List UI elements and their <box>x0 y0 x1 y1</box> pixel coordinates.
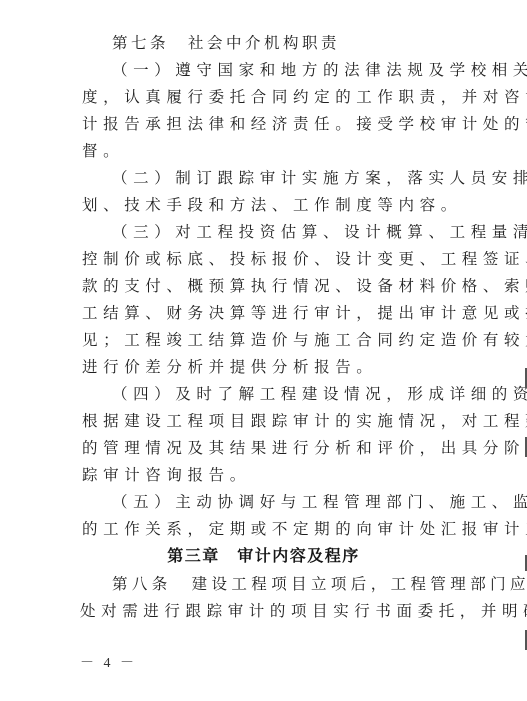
article-8-line: 第八条 建设工程项目立项后，工程管理部门应向审计 <box>112 574 527 594</box>
paragraph-3-line: 进行价差分析并提供分析报告。 <box>82 357 377 377</box>
paragraph-4-line: （四）及时了解工程建设情况，形成详细的资料记录， <box>112 384 527 404</box>
paragraph-3-line: （三）对工程投资估算、设计概算、工程量清单、招标 <box>112 222 527 242</box>
paragraph-5-line: 的工作关系，定期或不定期的向审计处汇报审计工作进展情 <box>82 519 527 539</box>
paragraph-3-line: 见；工程竣工结算造价与施工合同约定造价有较大价差时， <box>82 330 527 350</box>
paragraph-4-line: 根据建设工程项目跟踪审计的实施情况，对工程建设各阶段 <box>82 411 527 431</box>
document-page: 第七条 社会中介机构职责 （一）遵守国家和地方的法律法规及学校相关规章制 度，认… <box>0 0 527 701</box>
chapter-3-title: 第三章 审计内容及程序 <box>0 543 527 566</box>
paragraph-1-line: 度，认真履行委托合同约定的工作职责，并对咨询意见和审 <box>82 87 527 107</box>
paragraph-2-line: （二）制订跟踪审计实施方案，落实人员安排、工作计 <box>112 168 527 188</box>
paragraph-3-line: 工结算、财务决算等进行审计，提出审计意见或提供咨询意 <box>82 303 527 323</box>
paragraph-1-line: 计报告承担法律和经济责任。接受学校审计处的管理和监 <box>82 114 527 134</box>
paragraph-4-line: 的管理情况及其结果进行分析和评价，出具分阶段和最终跟 <box>82 438 527 458</box>
paragraph-1-line: 督。 <box>82 141 124 161</box>
paragraph-3-line: 控制价或标底、投标报价、设计变更、工程签证、工程进度 <box>82 249 527 269</box>
article-8-line: 处对需进行跟踪审计的项目实行书面委托，并明确跟踪审计 <box>80 601 527 621</box>
paragraph-3-line: 款的支付、概预算执行情况、设备材料价格、索赔费用、竣 <box>82 276 527 296</box>
paragraph-2-line: 划、技术手段和方法、工作制度等内容。 <box>82 195 462 215</box>
paragraph-1-line: （一）遵守国家和地方的法律法规及学校相关规章制 <box>112 60 527 80</box>
page-number: － 4 － <box>80 652 137 672</box>
article-7-heading: 第七条 社会中介机构职责 <box>112 33 340 53</box>
paragraph-5-line: （五）主动协调好与工程管理部门、施工、监理等单位 <box>112 492 527 512</box>
paragraph-4-line: 踪审计咨询报告。 <box>82 465 251 485</box>
